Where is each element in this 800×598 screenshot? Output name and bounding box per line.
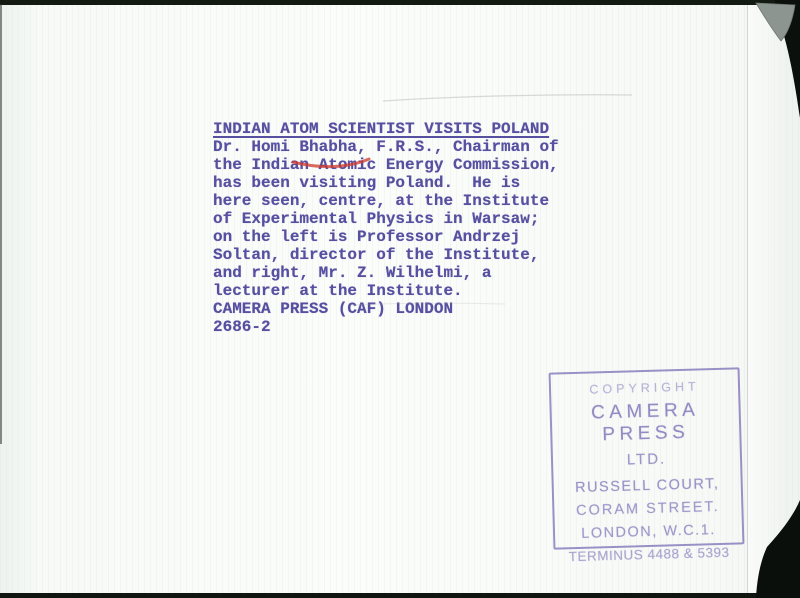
caption-line: and right, Mr. Z. Wilhelmi, a [213,264,559,282]
caption-line: here seen, centre, at the Institute [213,192,559,210]
stamp-agency-name: CAMERA PRESS [551,398,739,447]
caption-title: INDIAN ATOM SCIENTIST VISITS POLAND [213,120,559,138]
caption-credit: CAMERA PRESS (CAF) LONDON [213,300,559,318]
caption-line: has been visiting Poland. He is [213,174,559,192]
caption-block: INDIAN ATOM SCIENTIST VISITS POLAND Dr. … [213,120,559,336]
caption-line: of Experimental Physics in Warsaw; [213,210,559,228]
paper-right-band [748,4,790,594]
stamp-address-court: RUSSELL COURT, [554,475,741,496]
stamp-address-street: CORAM STREET. [554,498,741,519]
caption-line: on the left is Professor Andrzej [213,228,559,246]
stamp-ltd: LTD. [553,448,740,470]
caption-line: Dr. Homi Bhabha, F.R.S., Chairman of [213,138,559,156]
paper-crease-line [747,4,748,594]
caption-line: lecturer at the Institute. [213,282,559,300]
caption-line: the Indian Atomic Energy Commission, [213,156,559,174]
caption-reference-number: 2686-2 [213,318,559,336]
copyright-stamp: COPYRIGHT CAMERA PRESS LTD. RUSSELL COUR… [549,367,745,549]
stamp-address-city: LONDON, W.C.1. [555,521,742,542]
caption-line: Soltan, director of the Institute, [213,246,559,264]
stamp-copyright-label: COPYRIGHT [551,378,738,397]
